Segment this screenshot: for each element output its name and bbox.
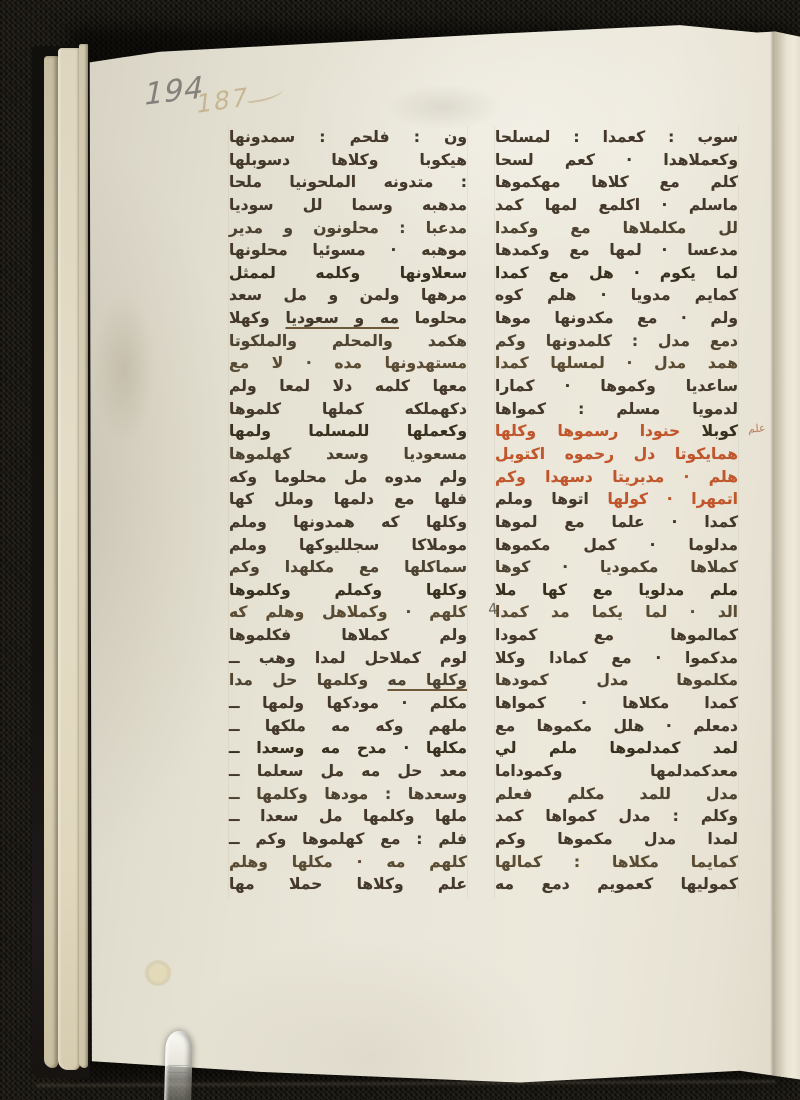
ink-text-segment: علم وكلاها حملا مها — [229, 875, 467, 893]
ink-text-segment: وكلم : مدل كمواها كمد — [495, 807, 738, 825]
ink-text-segment: كمدا مكلاها · كمواها — [495, 694, 738, 712]
ink-text-segment: لدمويا مسلم : كمواها — [495, 400, 738, 418]
manuscript-text-line: ملهم وكه مه ملكها ــ — [229, 715, 467, 738]
manuscript-text-line: مستهدونها مده · لا مع — [229, 352, 467, 375]
manuscript-text-line: ساعديا وكموها · كمارا — [495, 375, 738, 398]
ink-text-segment: مدعسا · لمها مع وكمدها — [495, 241, 738, 259]
page-edges-stack — [44, 56, 58, 1068]
ink-text-segment: محلوما — [415, 309, 467, 327]
ink-text-segment: اتوها وملم — [495, 490, 589, 508]
ink-text-segment: كمالموها مع كمودا — [495, 626, 738, 644]
manuscript-text-line: معد حل مه مل سعلما ــ — [229, 760, 467, 783]
manuscript-text-line: لمدا مدل مكموها وكم — [495, 828, 738, 851]
ink-text-segment: ملم مدلويا مع كها ملا — [495, 581, 738, 599]
gutter-fold — [770, 32, 776, 1084]
manuscript-text-line: موهبه · مسوئيا محلونها — [229, 239, 467, 262]
ink-text-segment: كوبلا — [702, 422, 738, 440]
ink-text-segment: ساعديا وكموها · كمارا — [495, 377, 738, 395]
manuscript-photo: 192 194 187 4 علم ون : فلحم : سمدونهاهيك… — [0, 0, 800, 1100]
ink-text-segment: مرهها ولمن و مل سعد — [229, 286, 467, 304]
ink-text-segment: وسعدها : مودها وكلمها ــ — [229, 785, 467, 803]
ink-text-segment: مكلها · مدح مه وسعدا ــ — [229, 739, 467, 757]
manuscript-text-line: معدكمدلمها وكموداما — [495, 760, 738, 783]
ink-text-segment: فلم : مع كهلموها وكم ــ — [229, 830, 467, 848]
parchment-stain — [144, 960, 172, 986]
page-holder-tab — [164, 1031, 193, 1100]
ink-text-segment: سوب : كعمدا : لمسلحا — [495, 128, 738, 146]
manuscript-text-line: كمايم مدويا · هلم كوه — [495, 284, 738, 307]
ink-text-segment: ولم · مع مكدونها موها — [495, 309, 738, 327]
ink-text-segment: كمدا · علما مع لموها — [495, 513, 738, 531]
manuscript-text-line: وكلها مه وكلمها حل مدا — [229, 669, 467, 692]
rubric-text-segment: همايكوتا دل رحموه اكتوبل — [495, 445, 738, 463]
ink-text-segment: كلهم · وكملاهل وهلم كه — [229, 603, 467, 621]
ink-text-segment: سعلاونها وكلمه لممثل — [229, 264, 467, 282]
manuscript-text-line: موملاكا سجلليوكها وملم — [229, 534, 467, 557]
ink-text-segment: كمايم مدويا · هلم كوه — [495, 286, 738, 304]
ink-text-segment: مدل للمد مكلم فعلم — [495, 785, 738, 803]
manuscript-text-line: كمدا مكلاها · كمواها — [495, 692, 738, 715]
ink-text-segment: لما يكوم · هل مع كمدا — [495, 264, 738, 282]
ink-text-segment: لل مكلملاها مع وكمدا — [495, 219, 738, 237]
page-edges-stack — [58, 48, 80, 1070]
ink-text-segment: كملاها مكموديا · كوها — [495, 558, 738, 576]
manuscript-text-line: : متدونه الملحونيا ملحا — [229, 171, 467, 194]
manuscript-text-line: فلم : مع كهلموها وكم ــ — [229, 828, 467, 851]
manuscript-text-line: همايكوتا دل رحموه اكتوبل — [495, 443, 738, 466]
manuscript-text-line: ملها وكلمها مل سعدا ــ — [229, 805, 467, 828]
text-column-left: ون : فلحم : سمدونهاهيكوبا وكلاها دسوبلها… — [228, 126, 468, 898]
ink-text-segment: وكلها مه — [388, 671, 467, 689]
ink-text-segment: لمدا مدل مكموها وكم — [495, 830, 738, 848]
manuscript-text-line: وكلم : مدل كمواها كمد — [495, 805, 738, 828]
ink-text-segment: مكلموها مدل كمودها — [495, 671, 738, 689]
rubric-text-segment: اتمهرا · كولها — [607, 490, 738, 508]
ink-text-segment: هكمد والمحلم والملكوتا — [229, 332, 467, 350]
manuscript-text-line: كمدا · علما مع لموها — [495, 511, 738, 534]
manuscript-text-line: لمد كمدلموها ملم لي — [495, 737, 738, 760]
rubric-text-segment: حنودا رسموها وكلها — [495, 422, 680, 440]
manuscript-text-line: معها كلمه دلا لمعا ولم — [229, 375, 467, 398]
manuscript-text-line: مدهبه وسما لل سوديا — [229, 194, 467, 217]
rubric-text-segment: هلم · مدبريتا دسهدا وكم — [495, 468, 738, 486]
manuscript-text-line: علم وكلاها حملا مها — [229, 873, 467, 896]
manuscript-text-line: وكعملاهدا · كعم لسحا — [495, 149, 738, 172]
ink-text-segment: مدعبا : محلونون و مدير — [229, 219, 467, 237]
manuscript-text-line: وكلها وكملم وكلموها — [229, 579, 467, 602]
ink-text-segment: معدكمدلمها وكموداما — [495, 762, 738, 780]
ink-text-segment: مكلم · مودكها ولمها ــ — [229, 694, 467, 712]
manuscript-text-line: كملاها مكموديا · كوها — [495, 556, 738, 579]
ink-text-segment: فلها مع دلمها وملل كها — [229, 490, 467, 508]
ink-text-segment: موملاكا سجلليوكها وملم — [229, 536, 467, 554]
manuscript-text-line: وكعملها للمسلما ولمها — [229, 420, 467, 443]
ink-text-segment: ماسلم · اكلمع لمها كمد — [495, 196, 738, 214]
ink-text-segment: كلم مع كلاها مهكموها — [495, 173, 738, 191]
manuscript-text-line: كمايما مكلاها : كمالها — [495, 851, 738, 874]
manuscript-text-line: اتمهرا · كولها اتوها وملم — [495, 488, 738, 511]
manuscript-text-line: ولم · مع مكدونها موها — [495, 307, 738, 330]
manuscript-text-line: كمالموها مع كمودا — [495, 624, 738, 647]
parchment-stain — [384, 84, 504, 130]
manuscript-text-line: محلوما مه و سعوديا وكهلا — [229, 307, 467, 330]
manuscript-text-line: كموليها كعمويم دمع مه — [495, 873, 738, 896]
manuscript-text-line: كلهم مه · مكلها وهلم — [229, 851, 467, 874]
manuscript-text-line: مكلم · مودكها ولمها ــ — [229, 692, 467, 715]
ink-text-segment: هيكوبا وكلاها دسوبلها — [229, 151, 467, 169]
manuscript-text-line: مكلموها مدل كمودها — [495, 669, 738, 692]
manuscript-text-line: مدل للمد مكلم فعلم — [495, 783, 738, 806]
ink-text-segment: لوم كملاحل لمدا وهب ــ — [229, 649, 467, 667]
manuscript-text-line: لما يكوم · هل مع كمدا — [495, 262, 738, 285]
manuscript-text-line: فلها مع دلمها وملل كها — [229, 488, 467, 511]
manuscript-text-line: مدعسا · لمها مع وكمدها — [495, 239, 738, 262]
ink-text-segment: ون : فلحم : سمدونها — [229, 128, 467, 146]
manuscript-text-line: كلهم · وكملاهل وهلم كه — [229, 601, 467, 624]
parchment-stain — [94, 294, 154, 444]
manuscript-text-line: سعلاونها وكلمه لممثل — [229, 262, 467, 285]
ink-text-segment: وكهلا — [229, 309, 270, 327]
ink-text-segment: ملهم وكه مه ملكها ــ — [229, 717, 467, 735]
ink-text-segment: مدلوما · كمل مكموها — [495, 536, 738, 554]
manuscript-text-line: لل مكلملاها مع وكمدا — [495, 217, 738, 240]
ink-text-segment: وكعملها للمسلما ولمها — [229, 422, 467, 440]
manuscript-text-line: مدلوما · كمل مكموها — [495, 534, 738, 557]
manuscript-text-line: لوم كملاحل لمدا وهب ــ — [229, 647, 467, 670]
ink-text-segment: مدهبه وسما لل سوديا — [229, 196, 467, 214]
manuscript-text-line: دمعلم · هلل مكموها مع — [495, 715, 738, 738]
ink-text-segment: دمع مدل : كلمدونها وكم — [495, 332, 738, 350]
ink-text-segment: : متدونه الملحونيا ملحا — [229, 173, 467, 191]
red-marginal-note: علم — [748, 421, 766, 435]
manuscript-text-line: ملم مدلويا مع كها ملا — [495, 579, 738, 602]
manuscript-text-line: هيكوبا وكلاها دسوبلها — [229, 149, 467, 172]
manuscript-text-line: لدمويا مسلم : كمواها — [495, 398, 738, 421]
ink-text-segment: ولم كملاها فكلموها — [229, 626, 467, 644]
facing-page-sliver — [776, 30, 800, 1086]
ink-text-segment: همد مدل · لمسلها كمدا — [495, 354, 738, 372]
manuscript-text-line: هلم · مدبريتا دسهدا وكم — [495, 466, 738, 489]
ink-text-segment: كلهم مه · مكلها وهلم — [229, 853, 467, 871]
text-column-right: سوب : كعمدا : لمسلحاوكعملاهدا · كعم لسحا… — [494, 126, 739, 898]
ink-text-segment: معد حل مه مل سعلما ــ — [229, 762, 467, 780]
manuscript-text-line: هكمد والمحلم والملكوتا — [229, 330, 467, 353]
ink-text-segment: ولم مدوه مل محلوما وكه — [229, 468, 467, 486]
ink-text-segment: كموليها كعمويم دمع مه — [495, 875, 738, 893]
ink-text-segment: سماكلها مع مكلهدا وكم — [229, 558, 467, 576]
ink-text-segment: مسعوديا وسعد كهلموها — [229, 445, 467, 463]
manuscript-text-line: كلم مع كلاها مهكموها — [495, 171, 738, 194]
manuscript-text-line: مسعوديا وسعد كهلموها — [229, 443, 467, 466]
manuscript-text-line: ولم كملاها فكلموها — [229, 624, 467, 647]
manuscript-text-line: مدعبا : محلونون و مدير — [229, 217, 467, 240]
ink-text-segment: مه و سعوديا — [285, 309, 399, 327]
ink-text-segment: موهبه · مسوئيا محلونها — [229, 241, 467, 259]
ink-text-segment: كمايما مكلاها : كمالها — [495, 853, 738, 871]
manuscript-text-line: الد · لما يكما مد كمدا — [495, 601, 738, 624]
ink-text-segment: الد · لما يكما مد كمدا — [495, 603, 738, 621]
ink-text-segment: وكعملاهدا · كعم لسحا — [495, 151, 738, 169]
page-edges-stack — [79, 44, 88, 1068]
manuscript-text-line: همد مدل · لمسلها كمدا — [495, 352, 738, 375]
ink-text-segment: دمعلم · هلل مكموها مع — [495, 717, 738, 735]
manuscript-text-line: ولم مدوه مل محلوما وكه — [229, 466, 467, 489]
manuscript-text-line: سوب : كعمدا : لمسلحا — [495, 126, 738, 149]
manuscript-text-line: مرهها ولمن و مل سعد — [229, 284, 467, 307]
manuscript-text-line: وسعدها : مودها وكلمها ــ — [229, 783, 467, 806]
ink-text-segment: معها كلمه دلا لمعا ولم — [229, 377, 467, 395]
manuscript-text-line: ماسلم · اكلمع لمها كمد — [495, 194, 738, 217]
ink-text-segment: وكلها كه همدونها وملم — [229, 513, 467, 531]
ink-text-segment: مستهدونها مده · لا مع — [229, 354, 467, 372]
ink-text-segment: ملها وكلمها مل سعدا ــ — [229, 807, 467, 825]
manuscript-text-line: ون : فلحم : سمدونها — [229, 126, 467, 149]
ink-text-segment: لمد كمدلموها ملم لي — [495, 739, 738, 757]
manuscript-page: 192 194 187 4 علم ون : فلحم : سمدونهاهيك… — [84, 24, 800, 1090]
ink-text-segment: مدكموا · مع كمادا وكلا — [495, 649, 738, 667]
manuscript-text-line: دمع مدل : كلمدونها وكم — [495, 330, 738, 353]
manuscript-text-line: مكلها · مدح مه وسعدا ــ — [229, 737, 467, 760]
manuscript-text-line: مدكموا · مع كمادا وكلا — [495, 647, 738, 670]
manuscript-text-line: سماكلها مع مكلهدا وكم — [229, 556, 467, 579]
ink-text-segment: دكهملكه كملها كلموها — [229, 400, 467, 418]
manuscript-text-line: دكهملكه كملها كلموها — [229, 398, 467, 421]
ink-text-segment: وكلمها حل مدا — [229, 671, 368, 689]
ink-text-segment: وكلها وكملم وكلموها — [229, 581, 467, 599]
manuscript-text-line: كوبلا حنودا رسموها وكلها — [495, 420, 738, 443]
manuscript-text-line: وكلها كه همدونها وملم — [229, 511, 467, 534]
